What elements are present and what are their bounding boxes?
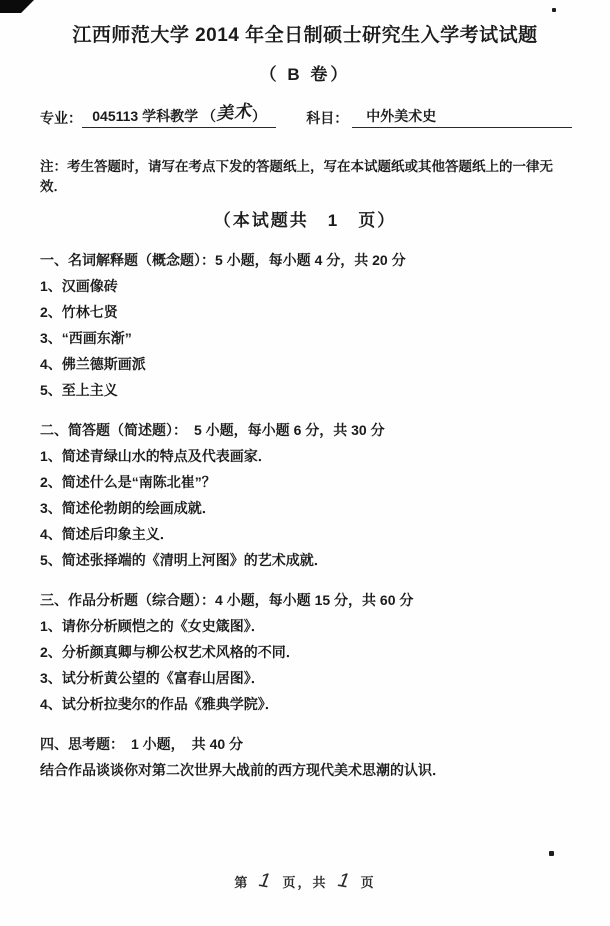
section-heading: 三、作品分析题（综合题）：4 小题，每小题 15 分，共 60 分 xyxy=(40,592,572,608)
major-field: 045113 学科教学 （美术） xyxy=(82,101,276,128)
subject-label: 科目： xyxy=(306,108,348,128)
scan-speck-bottom-right xyxy=(549,851,554,856)
handwritten-page-number: 1 xyxy=(258,874,273,889)
footer-prefix: 第 xyxy=(234,875,249,890)
page-count-line: （本试题共 1 页） xyxy=(0,206,610,231)
question-item: 3、简述伦勃朗的绘画成就． xyxy=(40,500,572,516)
footer-suffix: 页 xyxy=(361,875,376,890)
question-item: 3、“西画东渐” xyxy=(40,330,572,346)
subject-field: 中外美术史 xyxy=(352,106,572,128)
question-item: 1、请你分析顾恺之的《女史箴图》． xyxy=(40,618,572,634)
meta-line: 专业： 045113 学科教学 （美术） 科目： 中外美术史 xyxy=(40,101,572,128)
section-artwork-analysis: 三、作品分析题（综合题）：4 小题，每小题 15 分，共 60 分 1、请你分析… xyxy=(40,592,572,712)
footer-middle: 页，共 xyxy=(282,875,327,890)
section-essay: 四、思考题： 1 小题， 共 40 分 结合作品谈谈你对第二次世界大战前的西方现… xyxy=(40,736,572,778)
section-heading: 一、名词解释题（概念题）：5 小题，每小题 4 分，共 20 分 xyxy=(40,252,572,268)
answer-sheet-note: 注：考生答题时，请写在考点下发的答题纸上，写在本试题纸或其他答题纸上的一律无效． xyxy=(40,155,574,195)
question-item: 4、试分析拉斐尔的作品《雅典学院》． xyxy=(40,696,572,712)
question-item: 3、试分析黄公望的《富春山居图》． xyxy=(40,670,572,686)
section-heading: 二、简答题（简述题）： 5 小题，每小题 6 分，共 30 分 xyxy=(40,422,572,438)
major-label: 专业： xyxy=(40,108,82,128)
question-item: 5、简述张择端的《清明上河图》的艺术成就． xyxy=(40,552,572,568)
major-value-handwritten: 美术 xyxy=(215,96,253,124)
scan-speck-top-right xyxy=(552,8,556,12)
scan-artifact-top-left xyxy=(0,0,34,13)
question-item: 1、汉画像砖 xyxy=(40,278,572,294)
question-item: 1、简述青绿山水的特点及代表画家． xyxy=(40,448,572,464)
question-item: 4、佛兰德斯画派 xyxy=(40,356,572,372)
question-item: 5、至上主义 xyxy=(40,382,572,398)
question-item: 2、竹林七贤 xyxy=(40,304,572,320)
major-value-printed: 045113 学科教学 （ xyxy=(92,108,216,124)
section-short-answer: 二、简答题（简述题）： 5 小题，每小题 6 分，共 30 分 1、简述青绿山水… xyxy=(40,422,572,568)
section-term-explanation: 一、名词解释题（概念题）：5 小题，每小题 4 分，共 20 分 1、汉画像砖 … xyxy=(40,252,572,398)
question-item: 2、简述什么是“南陈北崔”？ xyxy=(40,474,572,490)
question-item: 2、分析颜真卿与柳公权艺术风格的不同． xyxy=(40,644,572,660)
major-value-close-paren: ） xyxy=(252,108,266,124)
page-title: 江西师范大学 2014 年全日制硕士研究生入学考试试题 xyxy=(30,20,580,47)
exam-paper-page: 江西师范大学 2014 年全日制硕士研究生入学考试试题 （ B 卷） 专业： 0… xyxy=(0,0,610,926)
section-heading: 四、思考题： 1 小题， 共 40 分 xyxy=(40,736,572,752)
paper-type-label: （ B 卷） xyxy=(0,60,610,85)
page-footer: 第1页，共1页 xyxy=(0,872,610,891)
handwritten-total-pages: 1 xyxy=(336,874,351,889)
question-item: 4、简述后印象主义． xyxy=(40,526,572,542)
question-item: 结合作品谈谈你对第二次世界大战前的西方现代美术思潮的认识． xyxy=(40,762,572,778)
